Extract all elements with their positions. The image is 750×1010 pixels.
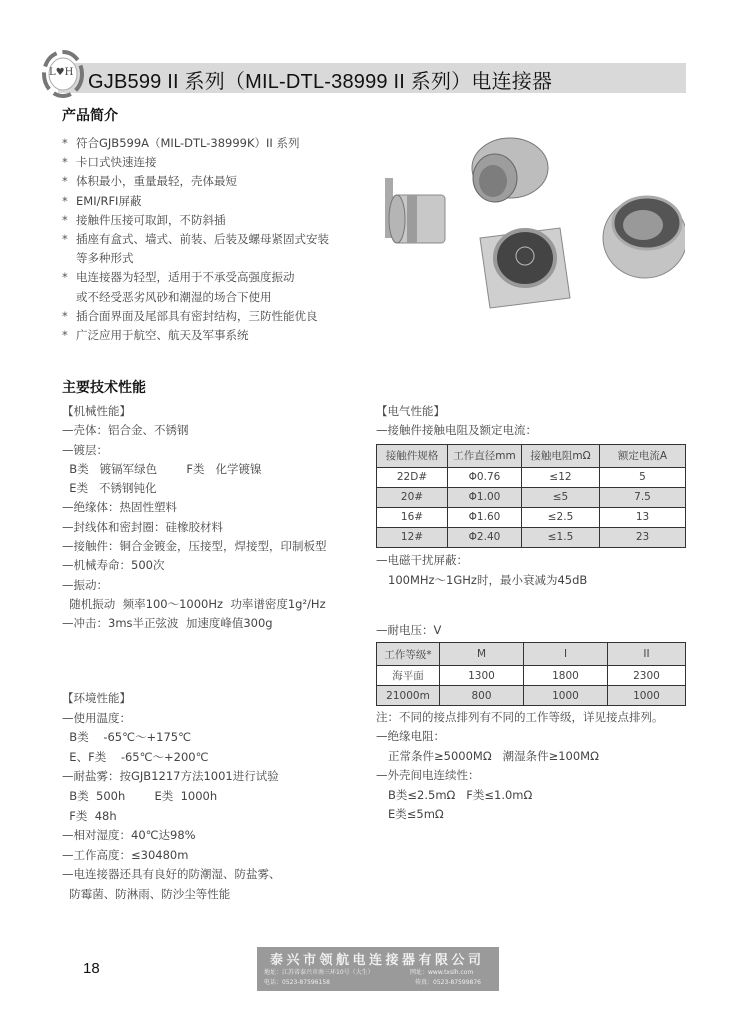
section-title: 【机械性能】 — [62, 402, 327, 421]
footer-company-name: 泰兴市领航电连接器有限公司 — [270, 949, 485, 968]
spec-line: —振动： — [62, 576, 327, 595]
spec-line: —绝缘体：热固性塑料 — [62, 498, 327, 517]
product-photo — [385, 123, 685, 323]
spec-line: B类 -65℃～+175℃ — [62, 728, 281, 748]
knurled-plug-image — [472, 138, 548, 202]
section-title: 【电气性能】 — [376, 402, 686, 421]
table-header-row: 工作等级* M I II — [377, 643, 686, 666]
list-item-continuation: 或不经受恶劣风砂和潮湿的场合下使用 — [62, 288, 329, 307]
spec-line: —耐盐雾：按GJB1217方法1001进行试验 — [62, 767, 281, 787]
spec-line: B类≤2.5mΩ F类≤1.0mΩ — [376, 786, 686, 806]
list-item: *电连接器为轻型，适用于不承受高强度振动 — [62, 268, 329, 287]
list-item: *符合GJB599A（MIL-DTL-38999K）II 系列 — [62, 134, 329, 153]
table-row: 12# Φ2.40 ≤1.5 23 — [377, 527, 686, 547]
footer-address: 地址：江苏省泰兴市南三环10号（大生） — [264, 967, 374, 976]
spec-line: 100MHz～1GHz时，最小衰减为45dB — [376, 570, 686, 590]
table-row: 20# Φ1.00 ≤5 7.5 — [377, 487, 686, 507]
flange-connector-image — [385, 178, 445, 243]
square-receptacle-image — [480, 228, 570, 308]
spec-line: 防霉菌、防淋雨、防沙尘等性能 — [62, 885, 281, 905]
spec-line: —电连接器还具有良好的防潮湿、防盐雾、 — [62, 865, 281, 885]
spec-line: —冲击：3ms半正弦波 加速度峰值300g — [62, 614, 327, 633]
list-item: *接触件压接可取卸，不防斜插 — [62, 211, 329, 230]
spec-line: —壳体：铝合金、不锈钢 — [62, 421, 327, 440]
specs-heading: 主要技术性能 — [62, 377, 146, 397]
voltage-table: 工作等级* M I II 海平面 1300 1800 2300 21000m 8… — [376, 642, 686, 706]
spec-line: 正常条件≥5000MΩ 潮湿条件≥100MΩ — [376, 747, 686, 767]
spec-line: —耐电压：V — [376, 621, 686, 640]
intro-heading: 产品简介 — [62, 105, 118, 125]
page-number: 18 — [83, 960, 100, 977]
footer-phone: 电话：0523-87596158 — [264, 977, 330, 986]
spec-line: B类 500h E类 1000h — [62, 787, 281, 807]
environmental-section: 【环境性能】 —使用温度： B类 -65℃～+175℃ E、F类 -65℃～+2… — [62, 689, 281, 905]
list-item: *插合面界面及尾部具有密封结构，三防性能优良 — [62, 307, 329, 326]
spec-line: —机械寿命：500次 — [62, 556, 327, 575]
table-row: 22D# Φ0.76 ≤12 5 — [377, 467, 686, 487]
mechanical-section: 【机械性能】 —壳体：铝合金、不锈钢 —镀层： B类 镀镉军绿色 F类 化学镀镍… — [62, 402, 327, 634]
page-title: GJB599 II 系列（MIL-DTL-38999 II 系列）电连接器 — [88, 65, 552, 94]
spec-line: —电磁干扰屏蔽： — [376, 550, 686, 570]
table-row: 海平面 1300 1800 2300 — [377, 666, 686, 686]
list-item: *EMI/RFI屏蔽 — [62, 192, 329, 211]
voltage-section: —耐电压：V 工作等级* M I II 海平面 1300 1800 2300 2… — [376, 621, 686, 825]
spec-line: —外壳间电连续性： — [376, 766, 686, 786]
spec-line: F类 48h — [62, 807, 281, 827]
contact-table: 接触件规格 工作直径mm 接触电阻mΩ 额定电流A 22D# Φ0.76 ≤12… — [376, 444, 686, 548]
spec-line: —使用温度： — [62, 709, 281, 729]
table-header-row: 接触件规格 工作直径mm 接触电阻mΩ 额定电流A — [377, 444, 686, 467]
spec-line: —相对湿度：40℃达98% — [62, 826, 281, 846]
electrical-section: 【电气性能】 —接触件接触电阻及额定电流： 接触件规格 工作直径mm 接触电阻m… — [376, 402, 686, 590]
list-item: *体积最小，重量最轻，壳体最短 — [62, 172, 329, 191]
spec-line: —工作高度：≤30480m — [62, 846, 281, 866]
round-receptacle-image — [603, 197, 685, 278]
company-logo: L♥H — [40, 43, 86, 101]
table-row: 21000m 800 1000 1000 — [377, 686, 686, 706]
spec-line: —绝缘电阻： — [376, 727, 686, 747]
section-title: 【环境性能】 — [62, 689, 281, 709]
table-row: 16# Φ1.60 ≤2.5 13 — [377, 507, 686, 527]
spec-line: E、F类 -65℃～+200℃ — [62, 748, 281, 768]
spec-line: —接触件：铜合金镀金，压接型，焊接型，印制板型 — [62, 537, 327, 556]
list-item-continuation: 等多种形式 — [62, 249, 329, 268]
spec-line: E类 不锈钢钝化 — [62, 479, 327, 498]
spec-line: E类≤5mΩ — [376, 805, 686, 825]
spec-line: B类 镀镉军绿色 F类 化学镀镍 — [62, 460, 327, 479]
footer-website: 网址：www.txslh.com — [410, 967, 473, 976]
spec-line: —封线体和密封圈：硅橡胶材料 — [62, 518, 327, 537]
spec-line: 随机振动 频率100～1000Hz 功率谱密度1g²/Hz — [62, 595, 327, 614]
footer-fax: 传真：0523-87599876 — [415, 977, 481, 986]
list-item: *插座有盒式、墙式、前装、后装及螺母紧固式安装 — [62, 230, 329, 249]
list-item: *广泛应用于航空、航天及军事系统 — [62, 326, 329, 345]
note-text: 注：不同的接点排列有不同的工作等级，详见接点排列。 — [376, 707, 686, 727]
spec-line: —镀层： — [62, 441, 327, 460]
list-item: *卡口式快速连接 — [62, 153, 329, 172]
intro-list: *符合GJB599A（MIL-DTL-38999K）II 系列 *卡口式快速连接… — [62, 134, 329, 345]
logo-text: L♥H — [49, 67, 73, 78]
spec-line: —接触件接触电阻及额定电流： — [376, 421, 686, 440]
